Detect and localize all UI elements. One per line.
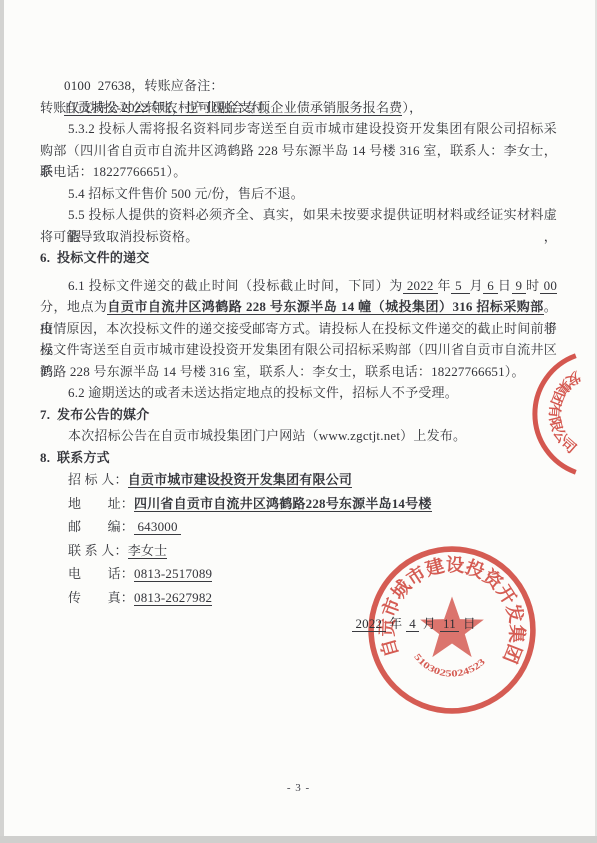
text-line: 6. 投标文件的递交 xyxy=(40,247,557,269)
text-segment: 9 xyxy=(512,278,527,294)
date-line: 2022 年 4 月 11 日 xyxy=(352,613,476,632)
text-line: 7. 发布公告的媒介 xyxy=(40,404,557,426)
text-line: 5.5 投标人提供的资料必须齐全、真实，如果未按要求提供证明材料或经证实材料虚假… xyxy=(40,204,557,226)
text-segment: 邮 编： xyxy=(68,519,134,534)
seal-serial-number: 5103025024523 xyxy=(411,652,488,679)
text-segment: 643000 xyxy=(134,519,181,535)
text-line: 疫情原因，本次投标文件的递交接受邮寄方式。请投标人在投标文件递交的截止时间前将投 xyxy=(40,318,557,340)
text-line: 购部（四川省自贡市自流井区鸿鹤路 228 号东源半岛 14 号楼 316 室，联… xyxy=(40,140,557,162)
text-segment: 月 xyxy=(470,278,484,293)
text-segment: 传 真： xyxy=(68,590,134,605)
text-lines: 0100 27638，转账应备注：自贡城投-2022 年农村产业融合专项企业债承… xyxy=(40,75,557,609)
text-segment: 自贡市城市建设投资开发集团有限公司 xyxy=(128,472,352,488)
text-segment: 鹤路 228 号东源半岛 14 号楼 316 室，联系人：李女士，联系电话：18… xyxy=(40,364,525,379)
text-segment: 0813-2517089 xyxy=(134,566,212,582)
text-segment: 分，地点为 xyxy=(40,299,107,314)
text-line: 招 标 人：自贡市城市建设投资开发集团有限公司 xyxy=(40,468,557,492)
text-line: 鹤路 228 号东源半岛 14 号楼 316 室，联系人：李女士，联系电话：18… xyxy=(40,361,557,383)
text-line: 6.1 投标文件递交的截止时间（投标截止时间，下同）为 2022 年 5 月 6… xyxy=(40,275,557,297)
text-segment: 00 xyxy=(540,278,557,294)
text-line: 5.3.2 投标人需将报名资料同步寄送至自贡市城市建设投资开发集团有限公司招标采 xyxy=(40,118,557,140)
text-segment: 自贡市自流井区鸿鹤路 228 号东源半岛 14 幢（城投集团）316 招标采购部 xyxy=(107,299,543,315)
text-line: 地 址：四川省自贡市自流井区鸿鹤路228号东源半岛14号楼 xyxy=(40,492,557,516)
text-segment: 6. 投标文件的递交 xyxy=(40,250,149,265)
text-segment: 6 xyxy=(483,278,498,294)
text-segment: 系电话：18227766651）。 xyxy=(40,164,186,179)
text-line: 分，地点为自贡市自流井区鸿鹤路 228 号东源半岛 14 幢（城投集团）316 … xyxy=(40,296,557,318)
scan-edge-bottom xyxy=(0,836,597,843)
svg-text:发集团有限公司: 发集团有限公司 xyxy=(547,368,585,456)
text-line: 8. 联系方式 xyxy=(40,447,557,469)
text-segment: 李女士 xyxy=(128,543,168,559)
text-segment: 8. 联系方式 xyxy=(40,450,110,465)
text-segment: 转账仅支持公对公转账，也可现金支付。 xyxy=(40,100,278,115)
text-segment: 招 标 人： xyxy=(68,472,128,487)
edge-seal: 发集团有限公司 xyxy=(525,346,597,482)
text-segment: 四川省自贡市自流井区鸿鹤路228号东源半岛14号楼 xyxy=(134,496,432,512)
text-segment: 时 xyxy=(526,278,540,293)
text-segment: 本次招标公告在自贡市城投集团门户网站（www.zgctjt.net）上发布。 xyxy=(68,428,466,443)
text-segment: 5.3.2 投标人需将报名资料同步寄送至自贡市城市建设投资开发集团有限公司招标采 xyxy=(68,121,557,136)
text-line: 本次招标公告在自贡市城投集团门户网站（www.zgctjt.net）上发布。 xyxy=(40,425,557,447)
text-segment: 0813-2627982 xyxy=(134,590,212,606)
text-segment: 日 xyxy=(498,278,512,293)
text-segment: 4 xyxy=(406,616,420,632)
text-segment: 5.4 招标文件售价 500 元/份，售后不退。 xyxy=(68,186,304,201)
text-segment: 2022 xyxy=(403,278,438,294)
scan-edge-left xyxy=(0,0,4,843)
text-line: 6.2 逾期送达的或者未送达指定地点的投标文件，招标人不予受理。 xyxy=(40,382,557,404)
text-segment: 2022 xyxy=(352,616,386,632)
text-segment: 月 xyxy=(419,616,439,631)
text-segment: 联 系 人： xyxy=(68,543,128,558)
text-segment: 11 xyxy=(440,616,460,632)
scanned-document-page: { "page": { "number": "- 3 -" }, "seal":… xyxy=(0,0,597,843)
text-segment: 年 xyxy=(438,278,452,293)
svg-text:5103025024523: 5103025024523 xyxy=(411,652,488,679)
text-segment: 电 话： xyxy=(68,566,134,581)
text-segment: 地 址： xyxy=(68,496,134,511)
text-line: 0100 27638，转账应备注：自贡城投-2022 年农村产业融合专项企业债承… xyxy=(40,75,557,97)
text-segment: 6.2 逾期送达的或者未送达指定地点的投标文件，招标人不予受理。 xyxy=(68,385,458,400)
text-segment: 日 xyxy=(459,616,476,631)
text-line: 系电话：18227766651）。 xyxy=(40,161,557,183)
text-segment: 将可能导致取消投标资格。 xyxy=(40,229,198,244)
text-segment: 0100 27638，转账应备注： xyxy=(64,78,224,93)
text-segment: 5 xyxy=(451,278,469,294)
text-segment: ）， xyxy=(402,100,422,115)
text-line: 邮 编： 643000 xyxy=(40,515,557,539)
text-segment: 7. 发布公告的媒介 xyxy=(40,407,149,422)
text-segment: 年 xyxy=(386,616,406,631)
text-line: 5.4 招标文件售价 500 元/份，售后不退。 xyxy=(40,183,557,205)
text-line: 标文件寄送至自贡市城市建设投资开发集团有限公司招标采购部（四川省自贡市自流井区鸿 xyxy=(40,339,557,361)
text-segment: 6.1 投标文件递交的截止时间（投标截止时间，下同）为 xyxy=(68,278,403,293)
page-number: - 3 - xyxy=(0,782,597,794)
edge-seal-text: 发集团有限公司 xyxy=(547,368,585,456)
